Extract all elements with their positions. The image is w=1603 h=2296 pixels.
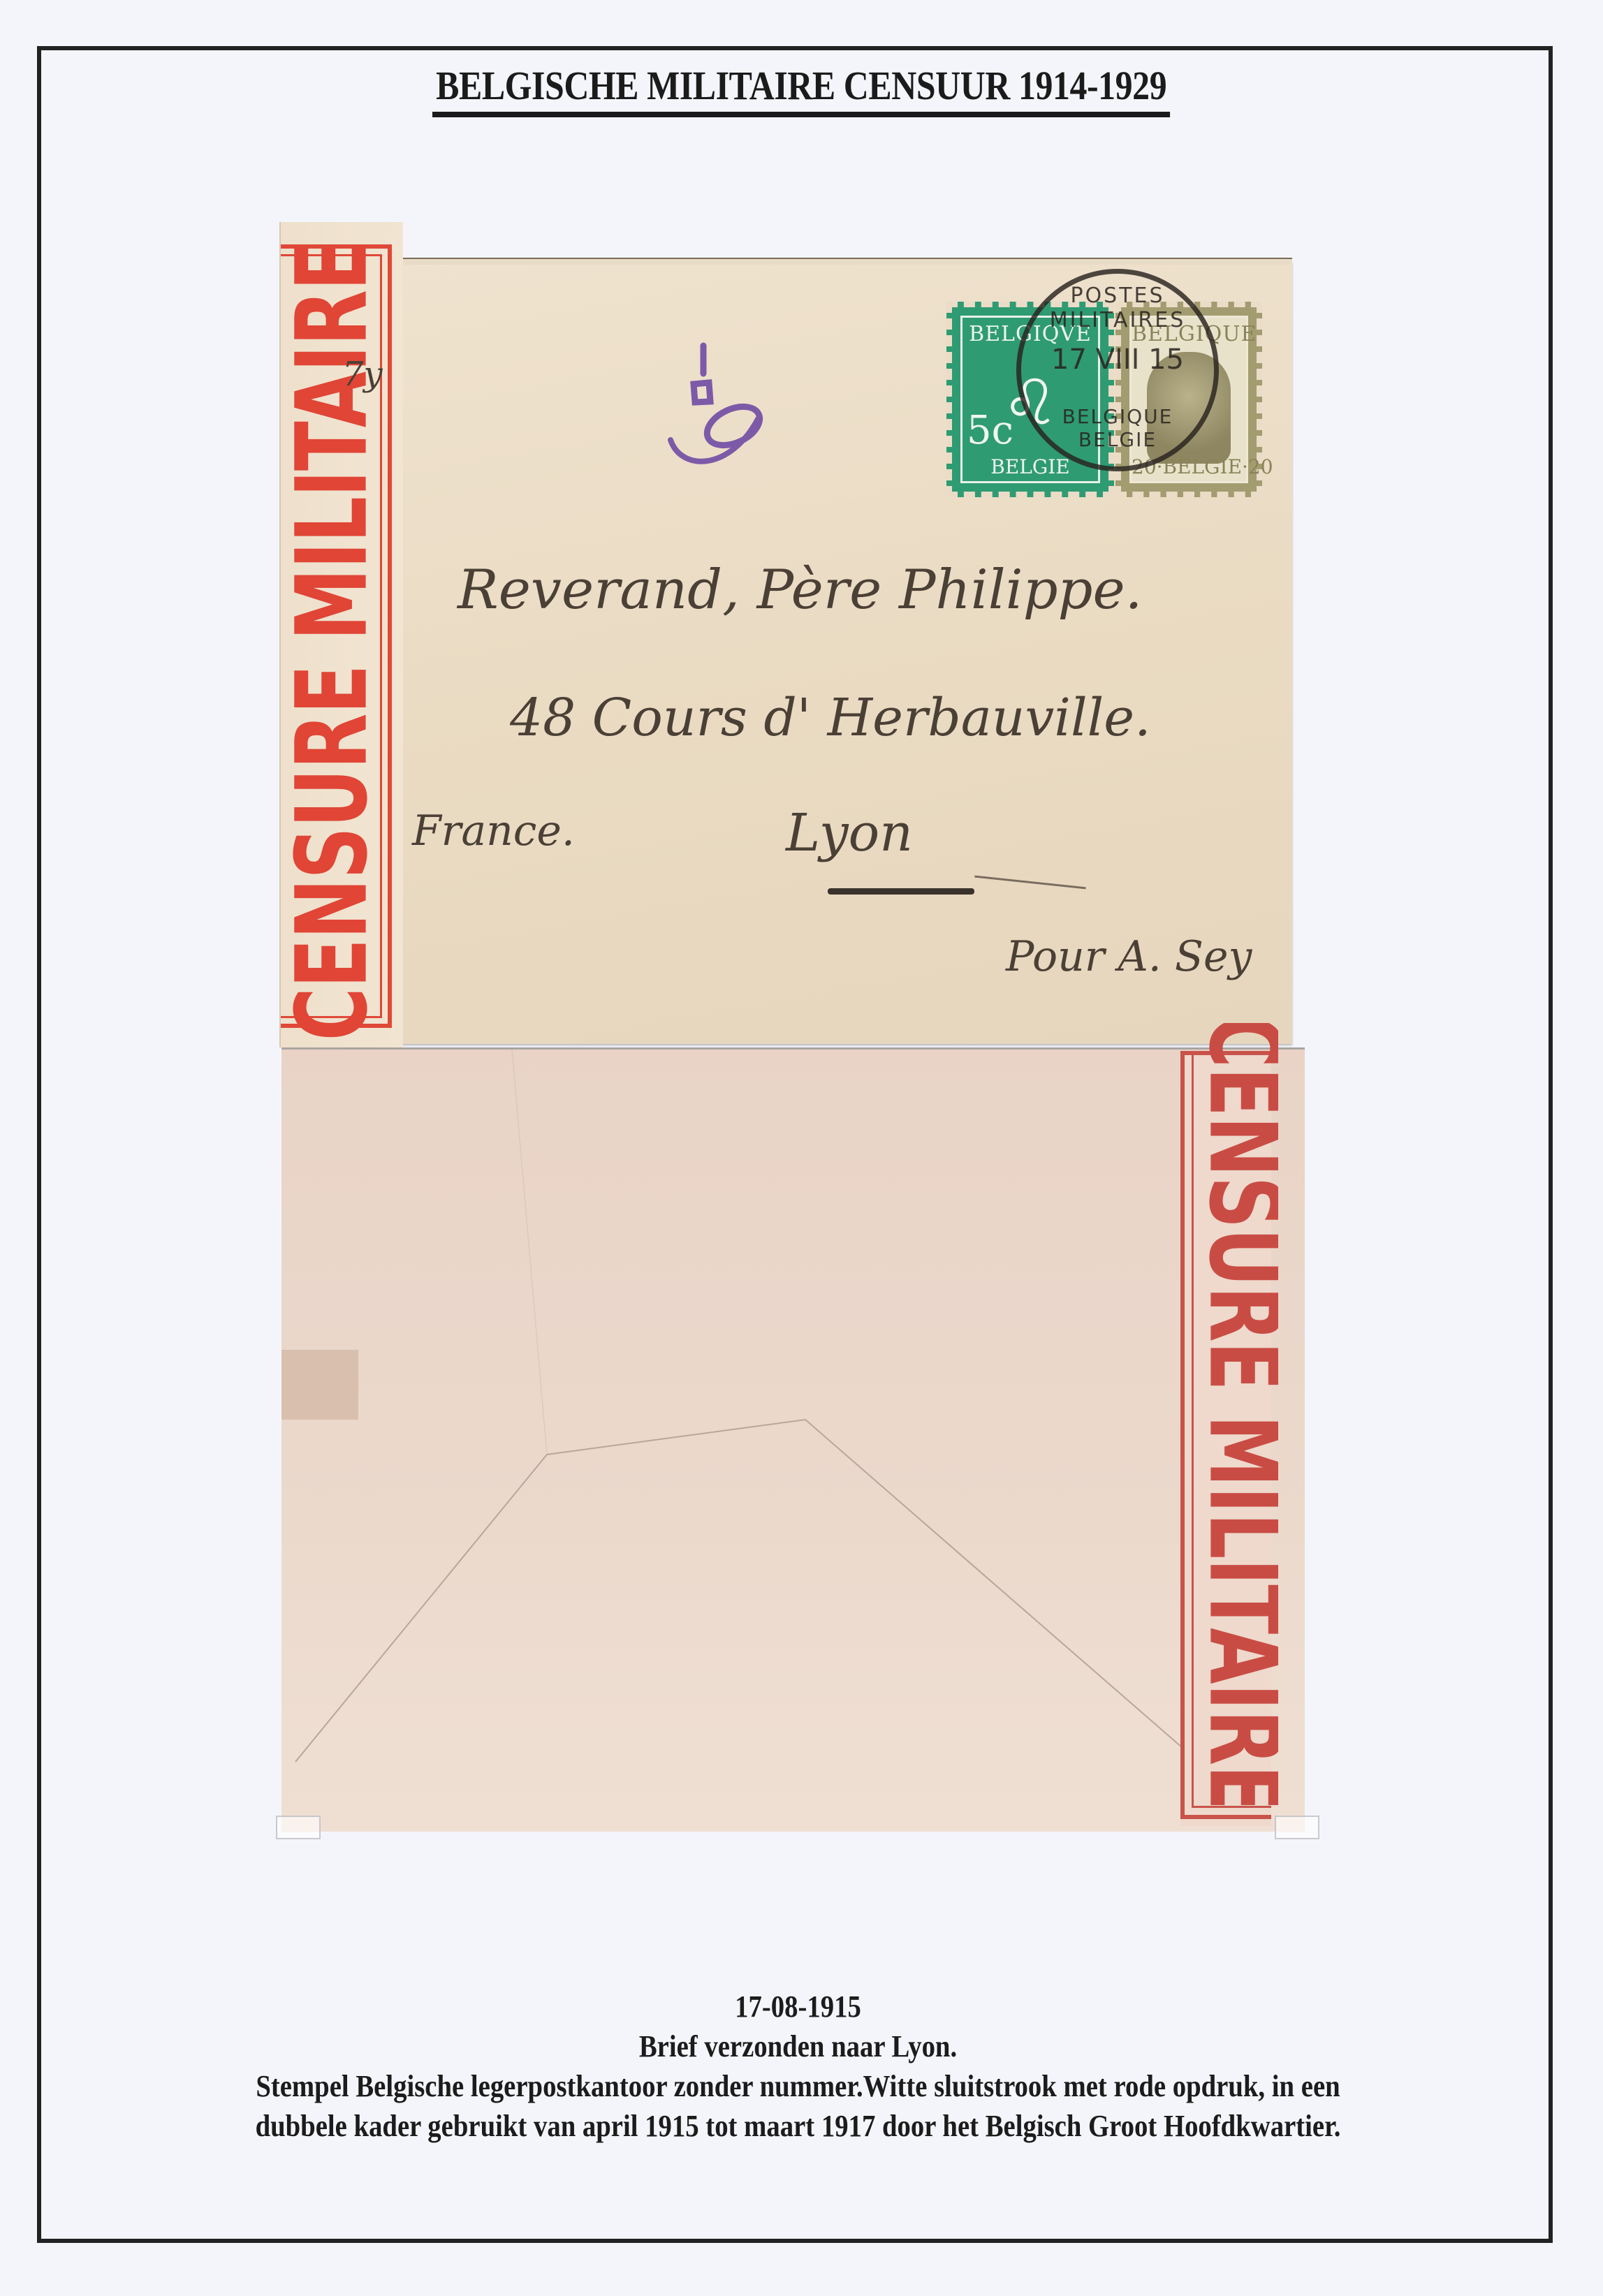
postmark-cancel: POSTES MILITAIRES 17 VIII 15 BELGIQUE BE… <box>1016 269 1219 471</box>
envelope-top-edge <box>297 258 1292 265</box>
caption-line-1: Brief verzonden naar Lyon. <box>133 2026 1463 2066</box>
pencil-note: 7y <box>342 355 384 404</box>
censor-strip-front: CENSURE MILITAIRE 7y <box>279 222 403 1047</box>
purple-censor-mark-icon <box>667 342 765 475</box>
caption-block: 17-08-1915 Brief verzonden naar Lyon. St… <box>42 1987 1554 2146</box>
censor-strip-back: CENSURE MILITAIRE <box>1180 1051 1271 1826</box>
city-underline <box>828 888 974 895</box>
mount-corner-left <box>276 1816 321 1839</box>
envelope-flap-lines <box>281 1050 1305 1832</box>
censor-strip-back-label: CENSURE MILITAIRE <box>1201 1023 1278 1805</box>
caption-date: 17-08-1915 <box>133 1987 1463 2026</box>
postmark-bottom-text: BELGIQUE BELGIE <box>1021 405 1214 451</box>
address-city: Lyon <box>786 803 913 863</box>
mount-corner-right <box>1275 1816 1319 1839</box>
address-line-2: 48 Cours d' Herbauville. <box>510 688 1151 748</box>
address-line-1: Reverand, Père Philippe. <box>458 559 1142 621</box>
censor-strip-back-text: CENSURE MILITAIRE <box>1201 1023 1278 1805</box>
stamp-value: 5c <box>967 408 1013 453</box>
caption-line-3: dubbele kader gebruikt van april 1915 to… <box>133 2106 1463 2146</box>
address-country: France. <box>412 807 575 855</box>
envelope-back <box>281 1047 1305 1832</box>
postmark-top-text: POSTES MILITAIRES <box>1021 284 1214 332</box>
sender-note: Pour A. Sey <box>1006 932 1252 981</box>
page-title: BELGISCHE MILITAIRE CENSUUR 1914-1929 <box>0 61 1603 117</box>
postmark-date: 17 VIII 15 <box>1021 344 1214 376</box>
page-title-text: BELGISCHE MILITAIRE CENSUUR 1914-1929 <box>432 61 1170 117</box>
caption-line-2: Stempel Belgische legerpostkantoor zonde… <box>133 2066 1463 2106</box>
